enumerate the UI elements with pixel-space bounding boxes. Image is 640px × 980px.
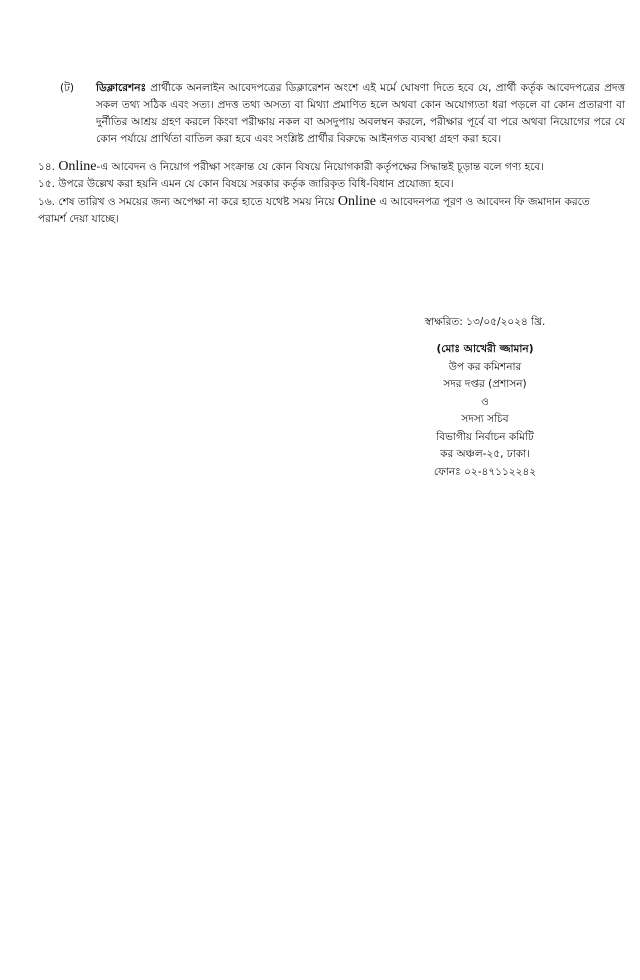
signatory-committee: বিভাগীয় নির্বাচন কমিটি [385,429,585,447]
numbered-items: ১৪. Online-এ আবেদন ও নিয়োগ পরীক্ষা সংক্… [38,158,618,228]
item-text-before: শেষ তারিখ ও সময়ের জন্য অপেক্ষা না করে হ… [58,196,338,208]
clause-body: ডিক্লারেশনঃ প্রার্থীকে অনলাইন আবেদপত্রের… [96,80,625,148]
signatory-phone: ফোনঃ ০২-৪৭১১২২৪২ [385,464,585,482]
item-number: ১৪. [38,161,58,173]
clause-marker: (ট) [60,80,84,97]
clause-declaration: (ট) ডিক্লারেশনঃ প্রার্থীকে অনলাইন আবেদপত… [60,80,625,148]
item-text: উপরে উল্লেখ করা হয়নি এমন যে কোন বিষয়ে … [58,178,453,190]
clause-term: ডিক্লারেশনঃ [96,82,146,94]
signature-block: স্বাক্ষরিত: ১৩/০৫/২০২৪ খ্রি. (মোঃ আখেরী … [385,314,585,481]
signatory-name: (মোঃ আখেরী জ্জামান) [385,341,585,359]
item-14: ১৪. Online-এ আবেদন ও নিয়োগ পরীক্ষা সংক্… [38,158,618,176]
item-text: -এ আবেদন ও নিয়োগ পরীক্ষা সংক্রান্ত যে ক… [96,161,543,173]
signatory-office: সদর দপ্তর (প্রশাসন) [385,376,585,394]
signatory-zone: কর অঞ্চল-২৫, ঢাকা। [385,446,585,464]
signatory-title: উপ কর কমিশনার [385,359,585,377]
signatory-and: ও [385,394,585,412]
item-number: ১৫. [38,178,58,190]
signed-date: স্বাক্ষরিত: ১৩/০৫/২০২৪ খ্রি. [385,314,585,331]
item-latin: Online [58,159,96,174]
document-page: (ট) ডিক্লারেশনঃ প্রার্থীকে অনলাইন আবেদপত… [0,0,640,980]
signatory-role: সদস্য সচিব [385,411,585,429]
item-15: ১৫. উপরে উল্লেখ করা হয়নি এমন যে কোন বিষ… [38,176,618,193]
clause-text: প্রার্থীকে অনলাইন আবেদপত্রের ডিক্লারেশন … [96,82,625,145]
item-16: ১৬. শেষ তারিখ ও সময়ের জন্য অপেক্ষা না ক… [38,193,618,228]
item-latin: Online [338,194,376,209]
item-number: ১৬. [38,196,58,208]
